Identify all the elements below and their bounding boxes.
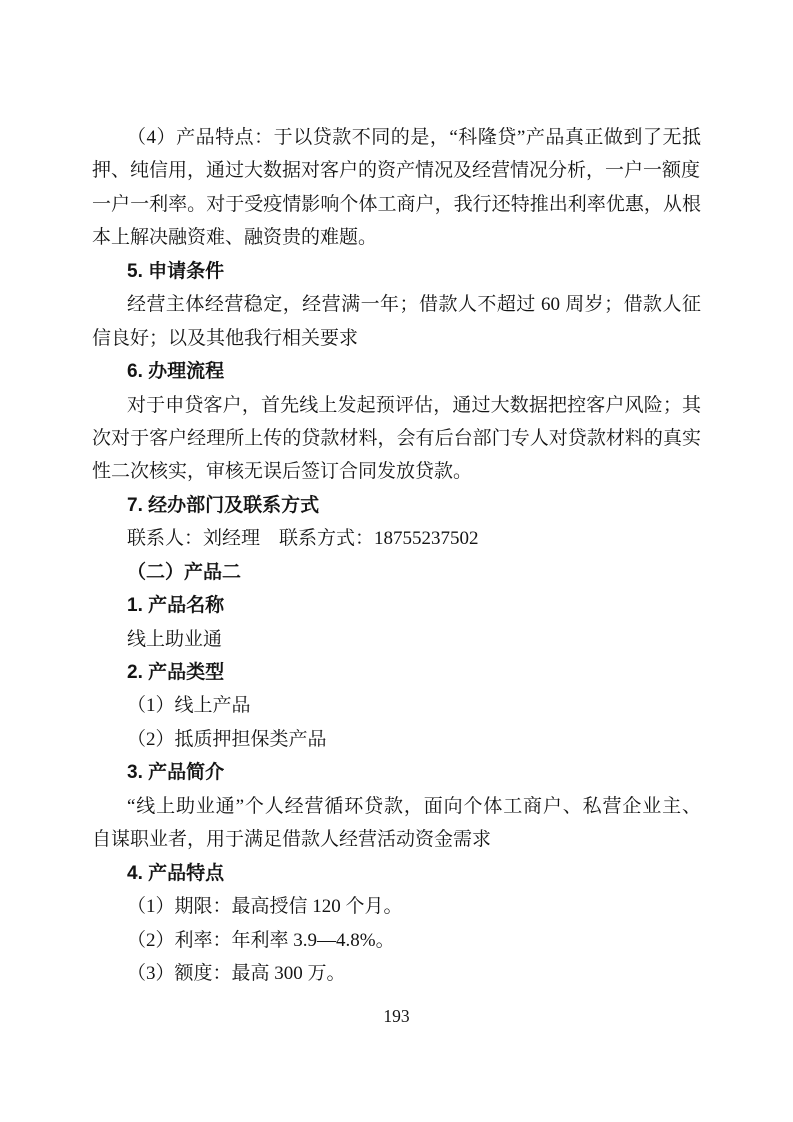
para-product-type-1: （1）线上产品: [92, 689, 701, 722]
heading-1-product-name: 1. 产品名称: [92, 589, 701, 622]
para-feature-amount: （3）额度：最高 300 万。: [92, 957, 701, 990]
para-product-features-line-3: 一户一利率。对于受疫情影响个体工商户，我行还特推出利率优惠，从根: [92, 188, 701, 221]
heading-3-product-intro: 3. 产品简介: [92, 756, 701, 789]
para-process-line-2: 次对于客户经理所上传的贷款材料，会有后台部门专人对贷款材料的真实: [92, 422, 701, 455]
page-number: 193: [0, 1003, 793, 1030]
heading-5-application-conditions: 5. 申请条件: [92, 255, 701, 288]
para-product-features-line-2: 押、纯信用，通过大数据对客户的资产情况及经营情况分析，一户一额度，: [92, 154, 701, 187]
para-feature-term: （1）期限：最高授信 120 个月。: [92, 890, 701, 923]
document-page: （4）产品特点：于以贷款不同的是，“科隆贷”产品真正做到了无抵 押、纯信用，通过…: [0, 0, 793, 1122]
para-process-line-3: 性二次核实，审核无误后签订合同发放贷款。: [92, 455, 701, 488]
para-product-features-line-4: 本上解决融资难、融资贵的难题。: [92, 221, 701, 254]
section-heading-product-2: （二）产品二: [92, 556, 701, 589]
heading-4-product-features: 4. 产品特点: [92, 857, 701, 890]
para-contact-info: 联系人：刘经理 联系方式：18755237502: [92, 522, 701, 555]
para-conditions-line-2: 信良好；以及其他我行相关要求: [92, 322, 701, 355]
para-product-intro-line-1: “线上助业通”个人经营循环贷款，面向个体工商户、私营企业主、: [92, 790, 701, 823]
para-conditions-line-1: 经营主体经营稳定，经营满一年；借款人不超过 60 周岁；借款人征: [92, 288, 701, 321]
heading-7-contact-department: 7. 经办部门及联系方式: [92, 489, 701, 522]
para-process-line-1: 对于申贷客户，首先线上发起预评估，通过大数据把控客户风险；其: [92, 389, 701, 422]
para-feature-rate: （2）利率：年利率 3.9—4.8%。: [92, 924, 701, 957]
para-product-intro-line-2: 自谋职业者，用于满足借款人经营活动资金需求: [92, 823, 701, 856]
para-product-features-line-1: （4）产品特点：于以贷款不同的是，“科隆贷”产品真正做到了无抵: [92, 121, 701, 154]
heading-6-handling-process: 6. 办理流程: [92, 355, 701, 388]
page-content: （4）产品特点：于以贷款不同的是，“科隆贷”产品真正做到了无抵 押、纯信用，通过…: [92, 121, 701, 990]
para-product-type-2: （2）抵质押担保类产品: [92, 723, 701, 756]
para-product-name: 线上助业通: [92, 623, 701, 656]
heading-2-product-type: 2. 产品类型: [92, 656, 701, 689]
